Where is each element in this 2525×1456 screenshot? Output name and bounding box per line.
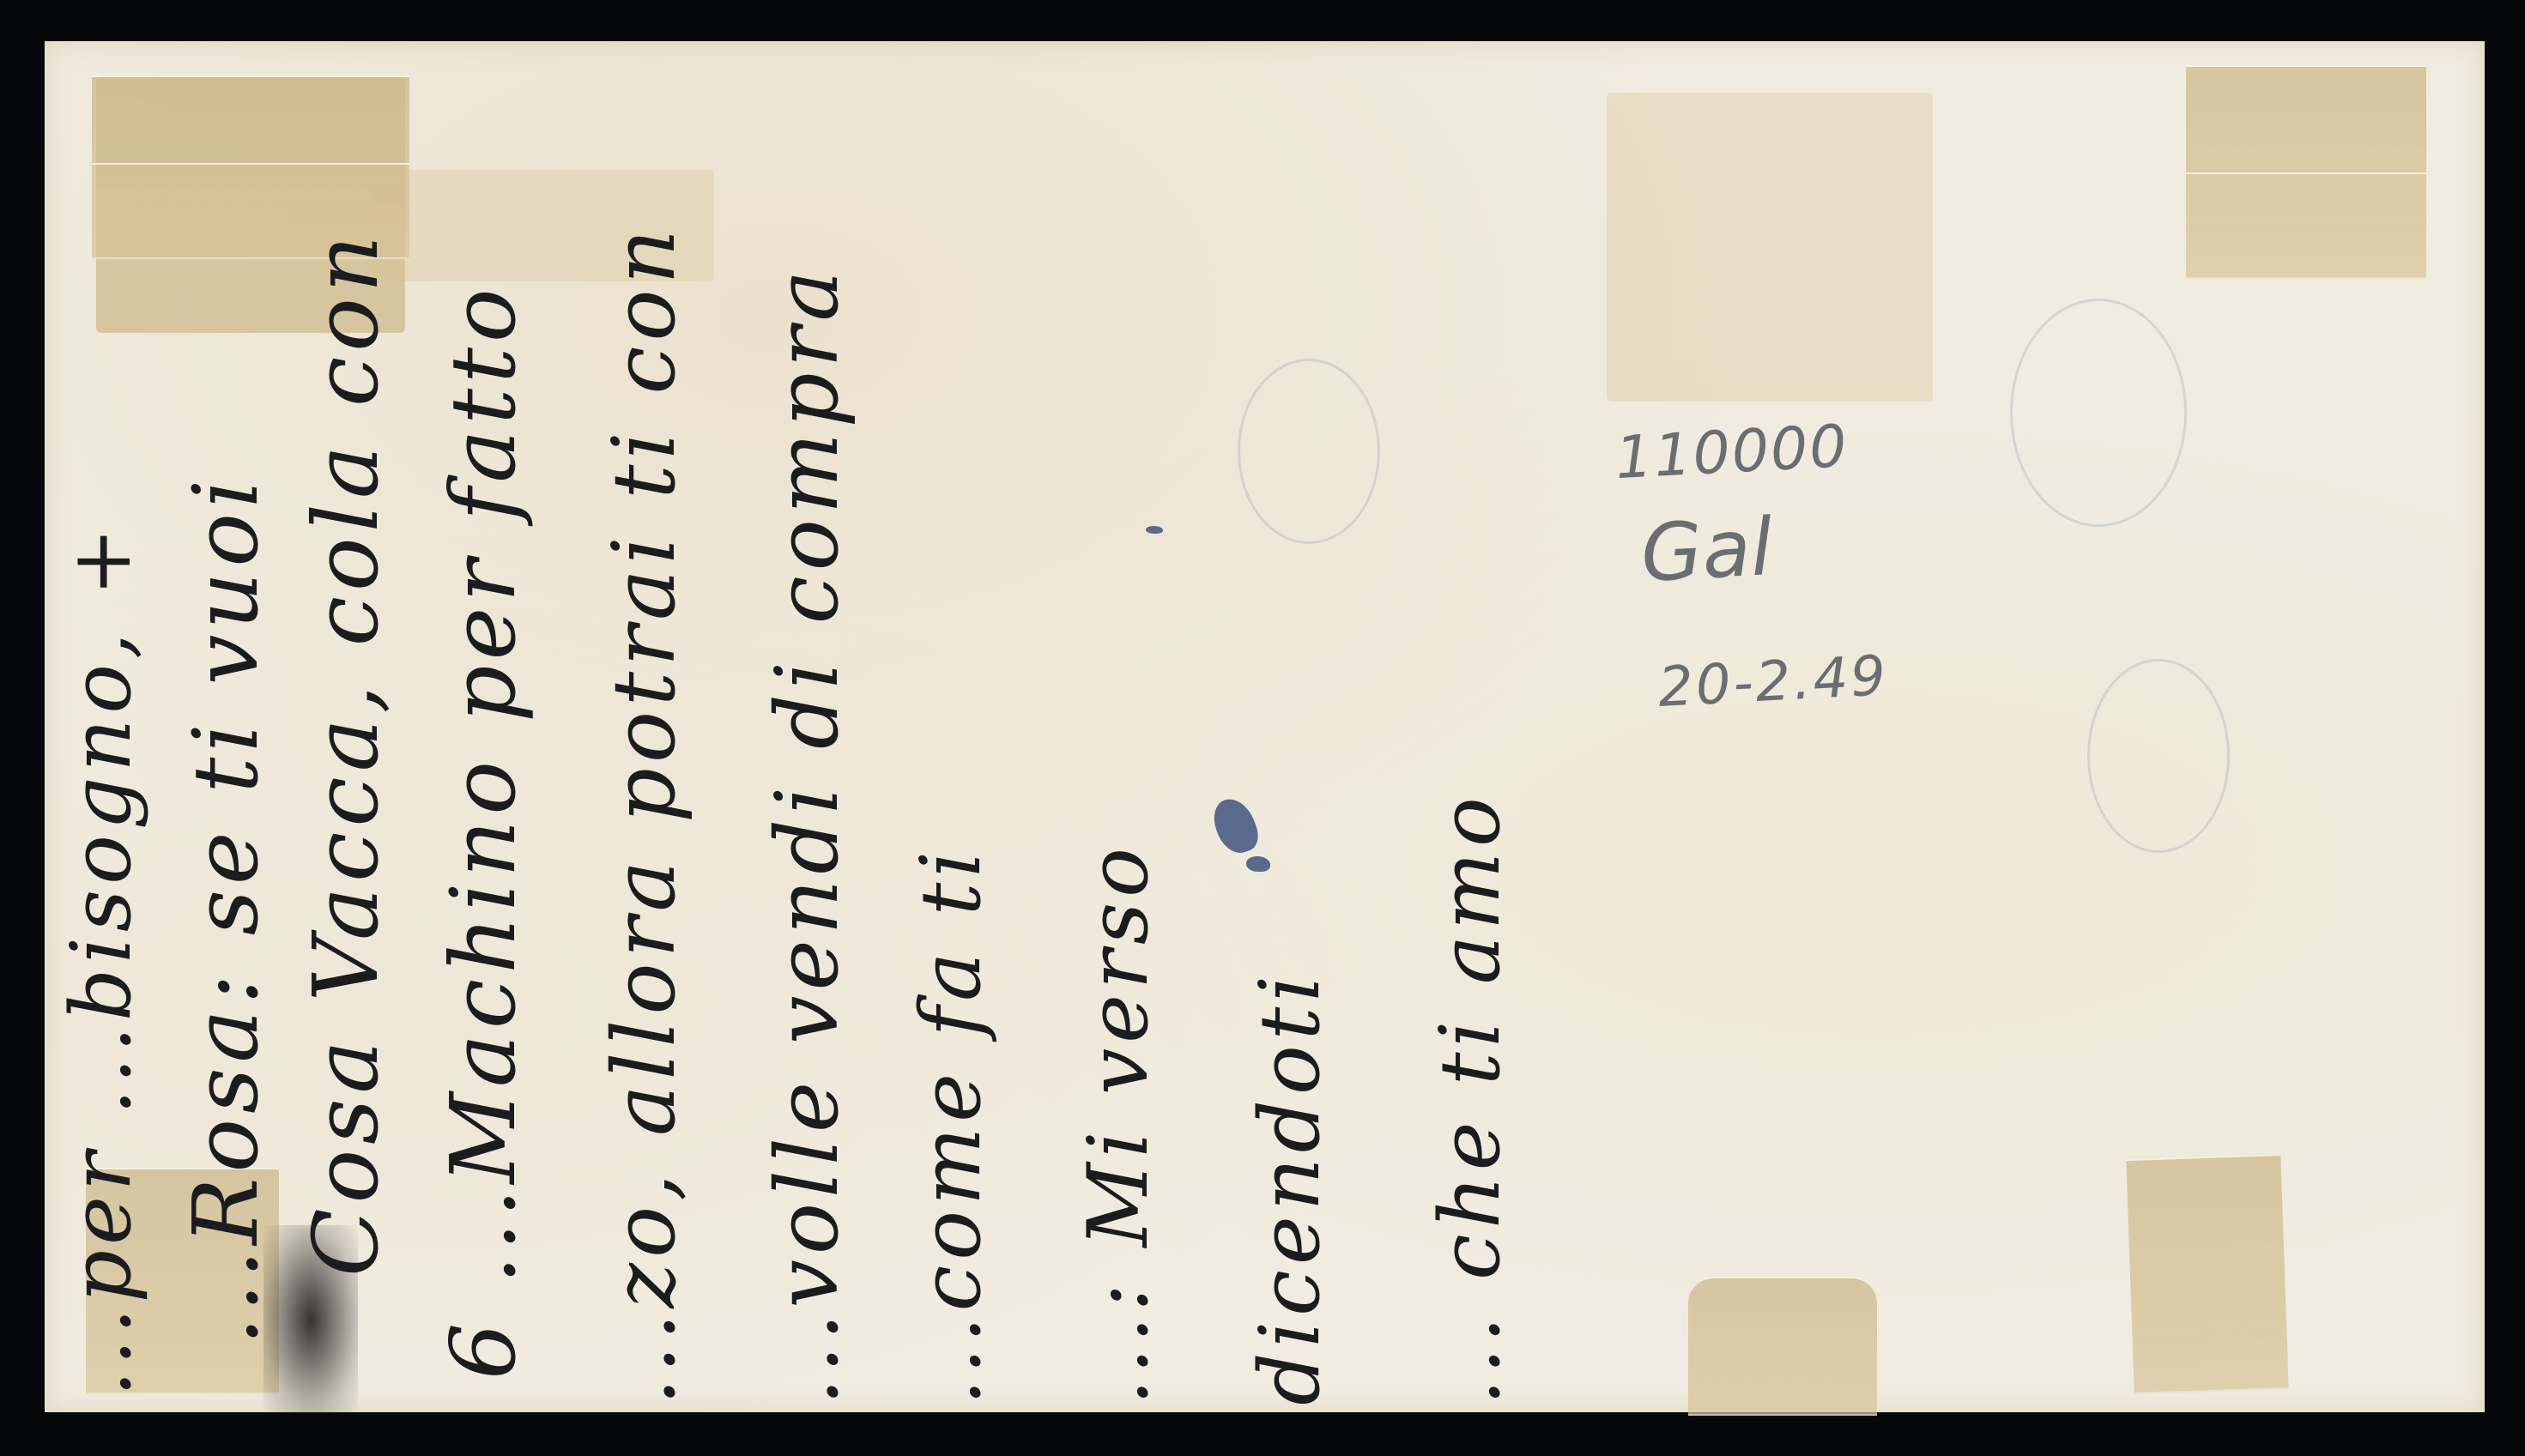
hinge-tape-top-right xyxy=(2186,65,2426,279)
blue-ink-blot-tail xyxy=(1246,856,1270,872)
hinge-tape-bottom-center xyxy=(1688,1277,1877,1416)
hinge-tape-bottom-right xyxy=(2126,1154,2288,1394)
stain-top-center xyxy=(1607,93,1933,402)
pencil-notation-date: 20-2.49 xyxy=(1656,644,1890,720)
handwritten-line: ...: Mi verso xyxy=(1070,843,1166,1405)
handwritten-line: ...volle vendi di compra xyxy=(757,265,857,1405)
handwritten-line: ...come fa ti xyxy=(903,846,999,1405)
pencil-notation-number: 110000 xyxy=(1614,413,1850,492)
handwritten-line: 6 ...Machino per fatto xyxy=(431,283,536,1380)
blue-ink-dot xyxy=(1146,526,1163,534)
show-through-mark xyxy=(2010,299,2187,527)
handwritten-line: Cosa Vacca, cola con xyxy=(294,230,398,1277)
pencil-notation-gal: Gal xyxy=(1638,501,1775,600)
handwritten-line: ...zo, allora potrai ti con xyxy=(594,224,694,1405)
handwritten-line: ...per ...bisogno, + xyxy=(53,522,149,1397)
blue-ink-blot xyxy=(1208,793,1263,858)
ink-smudge xyxy=(263,1225,358,1414)
handwritten-line: ... che ti amo xyxy=(1422,792,1518,1405)
show-through-mark xyxy=(1238,359,1380,544)
show-through-mark xyxy=(2087,659,2230,853)
handwritten-line: ...Rosa: se ti vuoi xyxy=(173,474,278,1345)
letter-paper: ...per ...bisogno, + ...Rosa: se ti vuoi… xyxy=(45,41,2485,1412)
handwritten-line: dicendoti xyxy=(1242,970,1338,1405)
